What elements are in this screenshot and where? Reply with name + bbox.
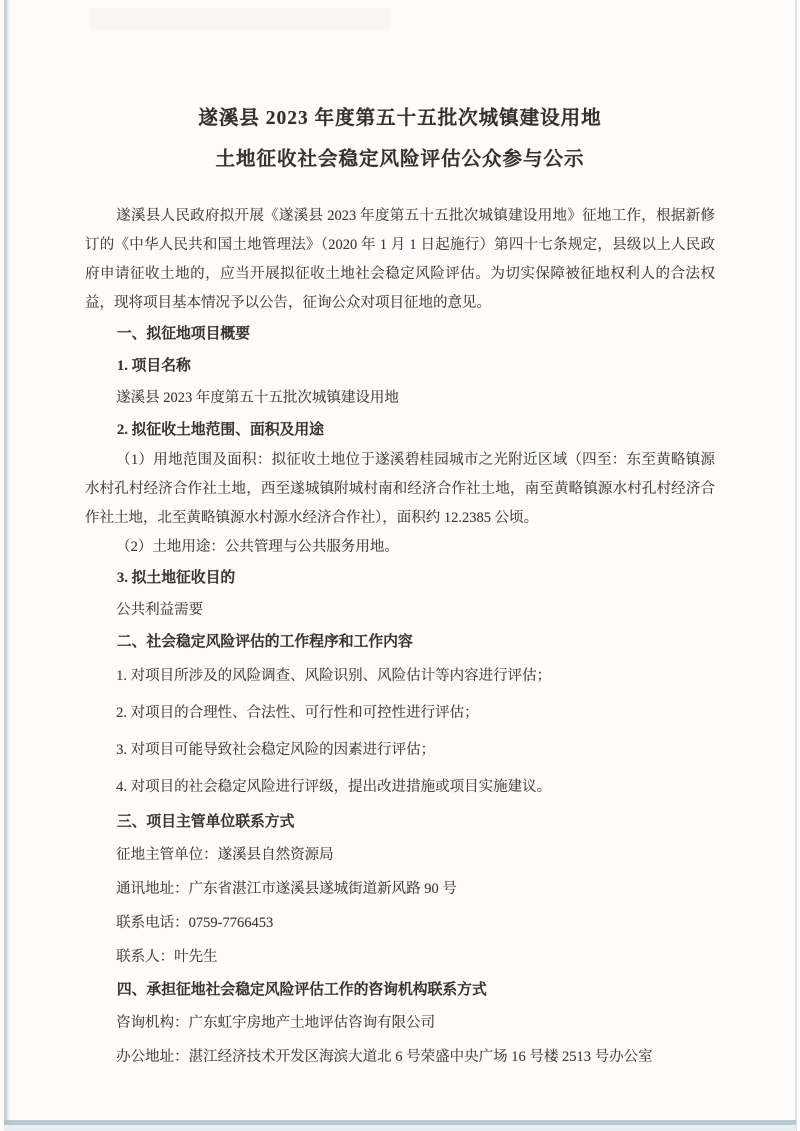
section-1-item-2-heading: 2. 拟征收土地范围、面积及用途: [85, 414, 715, 446]
scan-edge-right: [795, 0, 797, 1131]
document-title-line-2: 土地征收社会稳定风险评估公众参与公示: [85, 147, 715, 173]
section-4-heading: 四、承担征地社会稳定风险评估工作的咨询机构联系方式: [85, 974, 715, 1006]
contact-unit-line: 征地主管单位：遂溪县自然资源局: [85, 838, 715, 872]
contact-phone-line: 联系电话：0759-7766453: [85, 906, 715, 940]
scan-edge-bottom-fade: [4, 1125, 796, 1131]
assessment-item-1: 1. 对项目所涉及的风险调查、风险识别、风险估计等内容进行评估；: [85, 658, 715, 695]
section-1-heading: 一、拟征地项目概要: [85, 318, 715, 350]
land-use-paragraph: （2）土地用途：公共管理与公共服务用地。: [85, 533, 715, 562]
document-page: 遂溪县 2023 年度第五十五批次城镇建设用地 土地征收社会稳定风险评估公众参与…: [85, 0, 715, 1074]
office-address-line: 办公地址：湛江经济技术开发区海滨大道北 6 号荣盛中央广场 16 号楼 2513…: [85, 1040, 715, 1074]
section-3-heading: 三、项目主管单位联系方式: [85, 806, 715, 838]
intro-paragraph: 遂溪县人民政府拟开展《遂溪县 2023 年度第五十五批次城镇建设用地》征地工作，…: [85, 202, 715, 318]
scan-edge-left-shadow: [7, 0, 11, 1131]
project-name-text: 遂溪县 2023 年度第五十五批次城镇建设用地: [85, 382, 715, 414]
assessment-item-4: 4. 对项目的社会稳定风险进行评级，提出改进措施或项目实施建议。: [85, 769, 715, 806]
assessment-item-2: 2. 对项目的合理性、合法性、可行性和可控性进行评估；: [85, 695, 715, 732]
consulting-org-line: 咨询机构：广东虹宇房地产土地评估咨询有限公司: [85, 1006, 715, 1040]
contact-address-line: 通讯地址：广东省湛江市遂溪县遂城街道新风路 90 号: [85, 872, 715, 906]
assessment-item-3: 3. 对项目可能导致社会稳定风险的因素进行评估；: [85, 732, 715, 769]
contact-person-line: 联系人：叶先生: [85, 940, 715, 974]
purpose-text: 公共利益需要: [85, 594, 715, 626]
land-scope-paragraph: （1）用地范围及面积：拟征收土地位于遂溪碧桂园城市之光附近区域（四至：东至黄略镇…: [85, 446, 715, 533]
document-title-line-1: 遂溪县 2023 年度第五十五批次城镇建设用地: [85, 106, 715, 132]
section-1-item-1-heading: 1. 项目名称: [85, 350, 715, 382]
section-1-item-3-heading: 3. 拟土地征收目的: [85, 562, 715, 594]
section-2-heading: 二、社会稳定风险评估的工作程序和工作内容: [85, 626, 715, 658]
